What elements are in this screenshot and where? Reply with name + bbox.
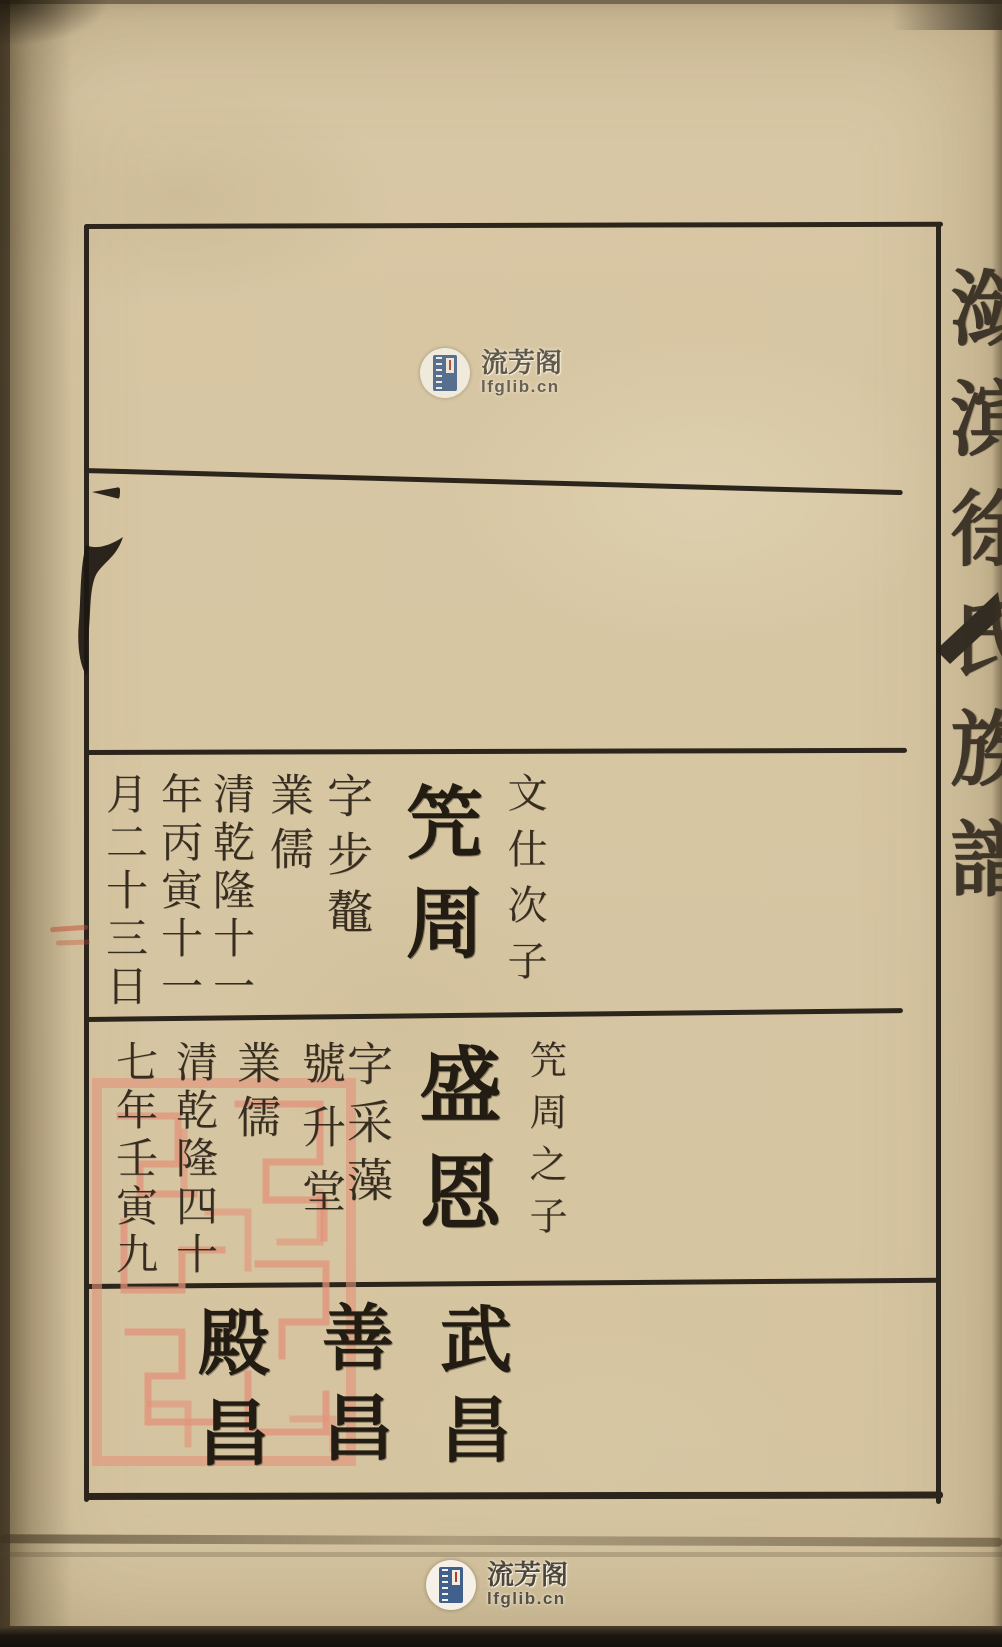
table-border-top <box>85 222 943 229</box>
gutter-shadow-left <box>0 0 72 1647</box>
row-divider-2 <box>85 748 907 755</box>
birth-date-line: 清乾隆四十 <box>173 1040 215 1280</box>
birth-date-line: 月二十三日 <box>103 772 145 1012</box>
watermark-brand: 流芳阁 <box>487 1561 568 1590</box>
courtesy-name: 字采藻 <box>344 1040 390 1214</box>
son-name: 武昌 <box>434 1302 506 1482</box>
table-border-bottom <box>85 1492 943 1500</box>
page-edge-top <box>0 0 1002 4</box>
birth-date-line: 七年壬寅九 <box>113 1040 155 1280</box>
crease-line-bottom <box>0 1534 1002 1546</box>
book-icon <box>426 1560 476 1610</box>
alias-name: 號升堂 <box>297 1040 341 1232</box>
watermark-brand: 流芳阁 <box>481 349 562 378</box>
son-name: 善昌 <box>316 1300 388 1480</box>
relation-label: 笐周之子 <box>526 1040 564 1248</box>
son-name: 殿昌 <box>192 1305 264 1485</box>
crease-line-bottom-faint <box>0 1552 1002 1557</box>
spine-title: 潋滨徐氏族譜 <box>944 266 1002 926</box>
corner-shadow-top-right <box>892 0 1002 30</box>
courtesy-name: 字步鼇 <box>324 772 370 946</box>
red-pen-mark-1 <box>50 925 88 933</box>
occupation-label: 業儒 <box>232 1040 276 1148</box>
birth-date-line: 年丙寅十一 <box>158 772 200 1012</box>
relation-label: 文仕次子 <box>504 772 544 996</box>
corner-shadow-top-left <box>0 0 110 46</box>
person-name: 笐周 <box>399 782 477 982</box>
site-watermark: 流芳阁 lfglib.cn <box>426 1560 568 1610</box>
book-icon <box>420 348 470 398</box>
scanned-genealogy-page: 文仕次子 笐周 字步鼇 業儒 清乾隆十一 年丙寅十一 月二十三日 笐周之子 盛恩… <box>0 0 1002 1647</box>
site-watermark: 流芳阁 lfglib.cn <box>420 348 562 398</box>
book-bottom-edge <box>0 1626 1002 1647</box>
page-edge-left-dark <box>0 0 10 1647</box>
birth-date-line: 清乾隆十一 <box>210 772 252 1012</box>
table-row-2-empty <box>90 475 936 745</box>
ink-blotch <box>70 535 132 680</box>
watermark-domain: lfglib.cn <box>481 378 562 396</box>
occupation-label: 業儒 <box>265 772 309 880</box>
person-name: 盛恩 <box>413 1042 495 1258</box>
watermark-domain: lfglib.cn <box>487 1590 568 1608</box>
